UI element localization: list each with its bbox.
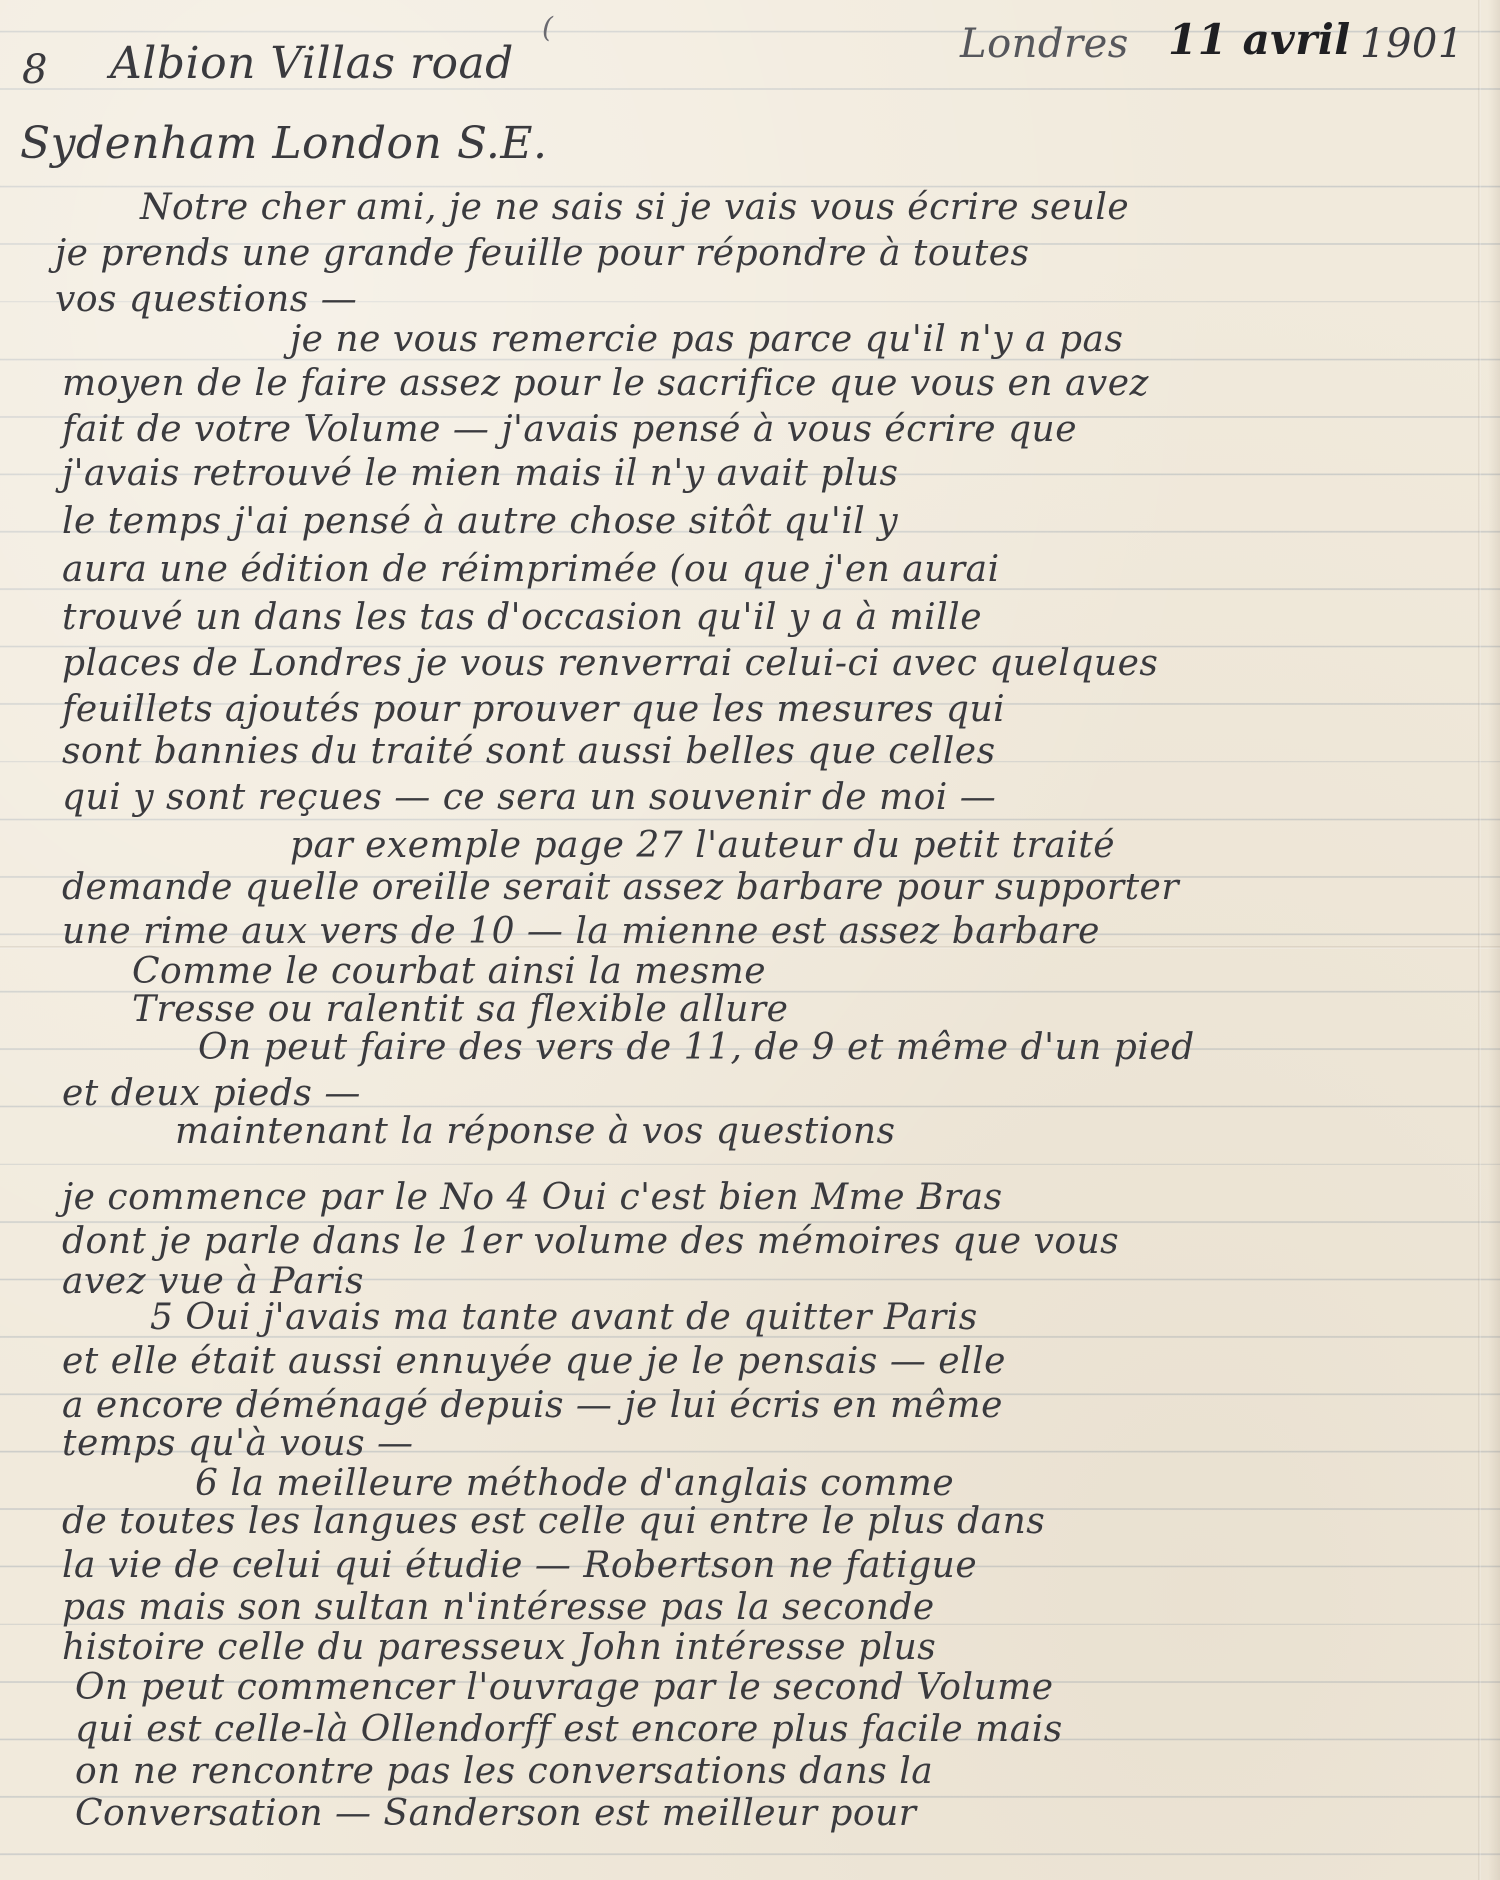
address-line-2: Sydenham London S.E. xyxy=(20,122,548,166)
letter-line: Conversation — Sanderson est meilleur po… xyxy=(75,1792,917,1836)
letter-line: aura une édition de réimprimée (ou que j… xyxy=(62,548,1000,592)
letter-line: feuillets ajoutés pour prouver que les m… xyxy=(62,688,1005,732)
letter-line: fait de votre Volume — j'avais pensé à v… xyxy=(62,408,1077,452)
letter-line: vos questions — xyxy=(55,278,357,322)
letter-line: une rime aux vers de 10 — la mienne est … xyxy=(62,910,1100,954)
dateline-year: 1901 xyxy=(1360,22,1464,66)
letter-line: dont je parle dans le 1er volume des mém… xyxy=(62,1220,1119,1264)
letter-line: je commence par le No 4 Oui c'est bien M… xyxy=(62,1176,1003,1220)
letter-line: et elle était aussi ennuyée que je le pe… xyxy=(62,1340,1006,1384)
letter-line: temps qu'à vous — xyxy=(62,1422,414,1466)
letter-line: moyen de le faire assez pour le sacrific… xyxy=(62,362,1149,406)
letter-line: de toutes les langues est celle qui entr… xyxy=(62,1500,1045,1544)
dateline-place: Londres xyxy=(960,22,1129,66)
letter-line: histoire celle du paresseux John intéres… xyxy=(62,1626,936,1670)
letter-line: la vie de celui qui étudie — Robertson n… xyxy=(62,1544,977,1588)
dateline-day-month: 11 avril xyxy=(1168,18,1351,62)
letter-line: qui est celle-là Ollendorff est encore p… xyxy=(75,1708,1063,1752)
letter-line: places de Londres je vous renverrai celu… xyxy=(62,642,1158,686)
page-number: 8 xyxy=(22,48,48,92)
address-line-1: Albion Villas road xyxy=(110,42,514,86)
letter-line: Notre cher ami, je ne sais si je vais vo… xyxy=(140,186,1129,230)
letter-line: maintenant la réponse à vos questions xyxy=(175,1110,896,1154)
letter-line: pas mais son sultan n'intéresse pas la s… xyxy=(62,1586,935,1630)
letter-line: 5 Oui j'avais ma tante avant de quitter … xyxy=(150,1296,978,1340)
letter-line: sont bannies du traité sont aussi belles… xyxy=(62,730,996,774)
letter-line: on ne rencontre pas les conversations da… xyxy=(75,1750,933,1794)
letter-line: par exemple page 27 l'auteur du petit tr… xyxy=(290,824,1115,868)
letter-line: je ne vous remercie pas parce qu'il n'y … xyxy=(290,318,1123,362)
letter-line: On peut commencer l'ouvrage par le secon… xyxy=(75,1666,1054,1710)
letter-page: ( 8 Albion Villas road Sydenham London S… xyxy=(0,0,1500,1880)
letter-line: demande quelle oreille serait assez barb… xyxy=(62,866,1179,910)
letter-line: le temps j'ai pensé à autre chose sitôt … xyxy=(62,500,898,544)
letter-line: trouvé un dans les tas d'occasion qu'il … xyxy=(62,596,982,640)
pencil-mark: ( xyxy=(542,6,553,50)
letter-line: qui y sont reçues — ce sera un souvenir … xyxy=(62,776,996,820)
paper-fold-vertical xyxy=(1478,0,1481,1880)
letter-line: j'avais retrouvé le mien mais il n'y ava… xyxy=(62,452,899,496)
letter-line: je prends une grande feuille pour répond… xyxy=(55,232,1030,276)
letter-line: On peut faire des vers de 11, de 9 et mê… xyxy=(198,1026,1195,1070)
paper-edge-shadow xyxy=(1488,0,1500,1880)
